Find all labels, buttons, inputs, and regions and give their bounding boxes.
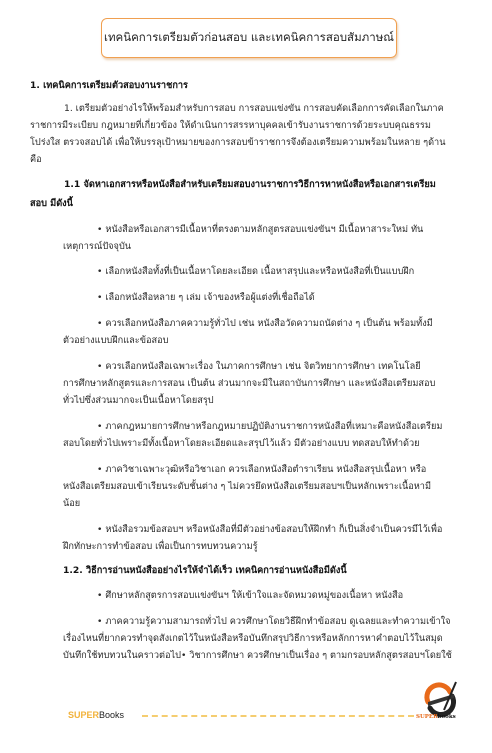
- paragraph-line: หนังสือเตรียมสอบเข้าเรียนระดับชั้นต่าง ๆ…: [63, 481, 431, 493]
- paragraph-line: เรื่องไหนที่ยากควรทำจุดสังเกตไว้ในหนังสื…: [63, 633, 443, 645]
- footer-brand-books: Books: [99, 710, 124, 720]
- paragraph-line: • ศึกษาหลักสูตรการสอบแข่งขันฯ ให้เข้าใจแ…: [97, 590, 403, 602]
- paragraph-line: ฝึกทักษะการทำข้อสอบ เพื่อเป็นการทบทวนควา…: [63, 541, 258, 553]
- section-heading: 1. เทคนิคการเตรียมตัวสอบงานราชการ: [30, 80, 188, 92]
- section-heading: 1.1 จัดหาเอกสารหรือหนังสือสำหรับเตรียมสอ…: [64, 179, 436, 191]
- paragraph-line: สอบโดยทั่วไปเพราะมีทั้งเนื้อหาโดยละเอียด…: [63, 438, 420, 450]
- document-title-box: เทคนิคการเตรียมตัวก่อนสอบ และเทคนิคการสอ…: [101, 18, 397, 58]
- paragraph-line: คือ: [30, 154, 42, 166]
- paragraph-line: น้อย: [63, 498, 80, 510]
- logo-super: SUPER: [416, 714, 438, 720]
- paragraph-line: • ภาควิชาเฉพาะวุฒิหรือวิชาเอก ควรเลือกหน…: [97, 464, 426, 476]
- paragraph-line: • ควรเลือกหนังสือเฉพาะเรื่อง ในภาคการศึก…: [97, 361, 421, 373]
- paragraph-line: โปร่งใส ตรวจสอบได้ เพื่อให้บรรลุเป้าหมาย…: [30, 137, 445, 149]
- paragraph-line: การศึกษาหลักสูตรและการสอน เป็นต้น ส่วนมา…: [63, 378, 435, 390]
- section-heading: สอบ มีดังนี้: [30, 198, 73, 210]
- logo-books: books: [438, 714, 456, 720]
- footer-divider: [142, 715, 414, 717]
- paragraph-line: • เลือกหนังสือทั้งที่เป็นเนื้อหาโดยละเอี…: [97, 266, 414, 278]
- paragraph-line: • ควรเลือกหนังสือภาคความรู้ทั่วไป เช่น ห…: [97, 318, 433, 330]
- paragraph-line: • หนังสือหรือเอกสารมีเนื้อหาที่ตรงตามหลั…: [97, 224, 423, 236]
- paragraph-line: • ภาคความรู้ความสามารถทั่วไป ควรศึกษาโดย…: [97, 616, 451, 628]
- document-title: เทคนิคการเตรียมตัวก่อนสอบ และเทคนิคการสอ…: [104, 29, 394, 47]
- paragraph-line: • หนังสือรวมข้อสอบฯ หรือหนังสือที่มีตัวอ…: [97, 524, 442, 536]
- section-heading: 1.2. วิธีการอ่านหนังสืออย่างไรให้จำได้เร…: [63, 565, 347, 577]
- paragraph-line: บันทึกใช้ทบทวนในคราวต่อไป• วิชาการศึกษา …: [63, 650, 452, 662]
- footer-brand: SUPERBooks: [68, 710, 124, 720]
- footer-brand-super: SUPER: [68, 710, 99, 720]
- paragraph-line: ทั่วไปซึ่งส่วนมากจะเป็นเนื้อหาโดยสรุป: [63, 395, 214, 407]
- logo-wordmark: SUPERbooks: [416, 714, 456, 720]
- paragraph-line: เหตุการณ์ปัจจุบัน: [63, 241, 131, 253]
- paragraph-line: • เลือกหนังสือหลาย ๆ เล่ม เจ้าของหรือผู้…: [97, 292, 315, 304]
- paragraph-line: • ภาคกฎหมายการศึกษาหรือกฎหมายปฏิบัติงานร…: [97, 421, 442, 433]
- paragraph-line: 1. เตรียมตัวอย่างไรให้พร้อมสำหรับการสอบ …: [64, 103, 444, 115]
- paragraph-line: ราชการมีระเบียบ กฎหมายที่เกี่ยวข้อง ให้ด…: [30, 120, 431, 132]
- paragraph-line: ตัวอย่างแบบฝึกและข้อสอบ: [63, 335, 168, 347]
